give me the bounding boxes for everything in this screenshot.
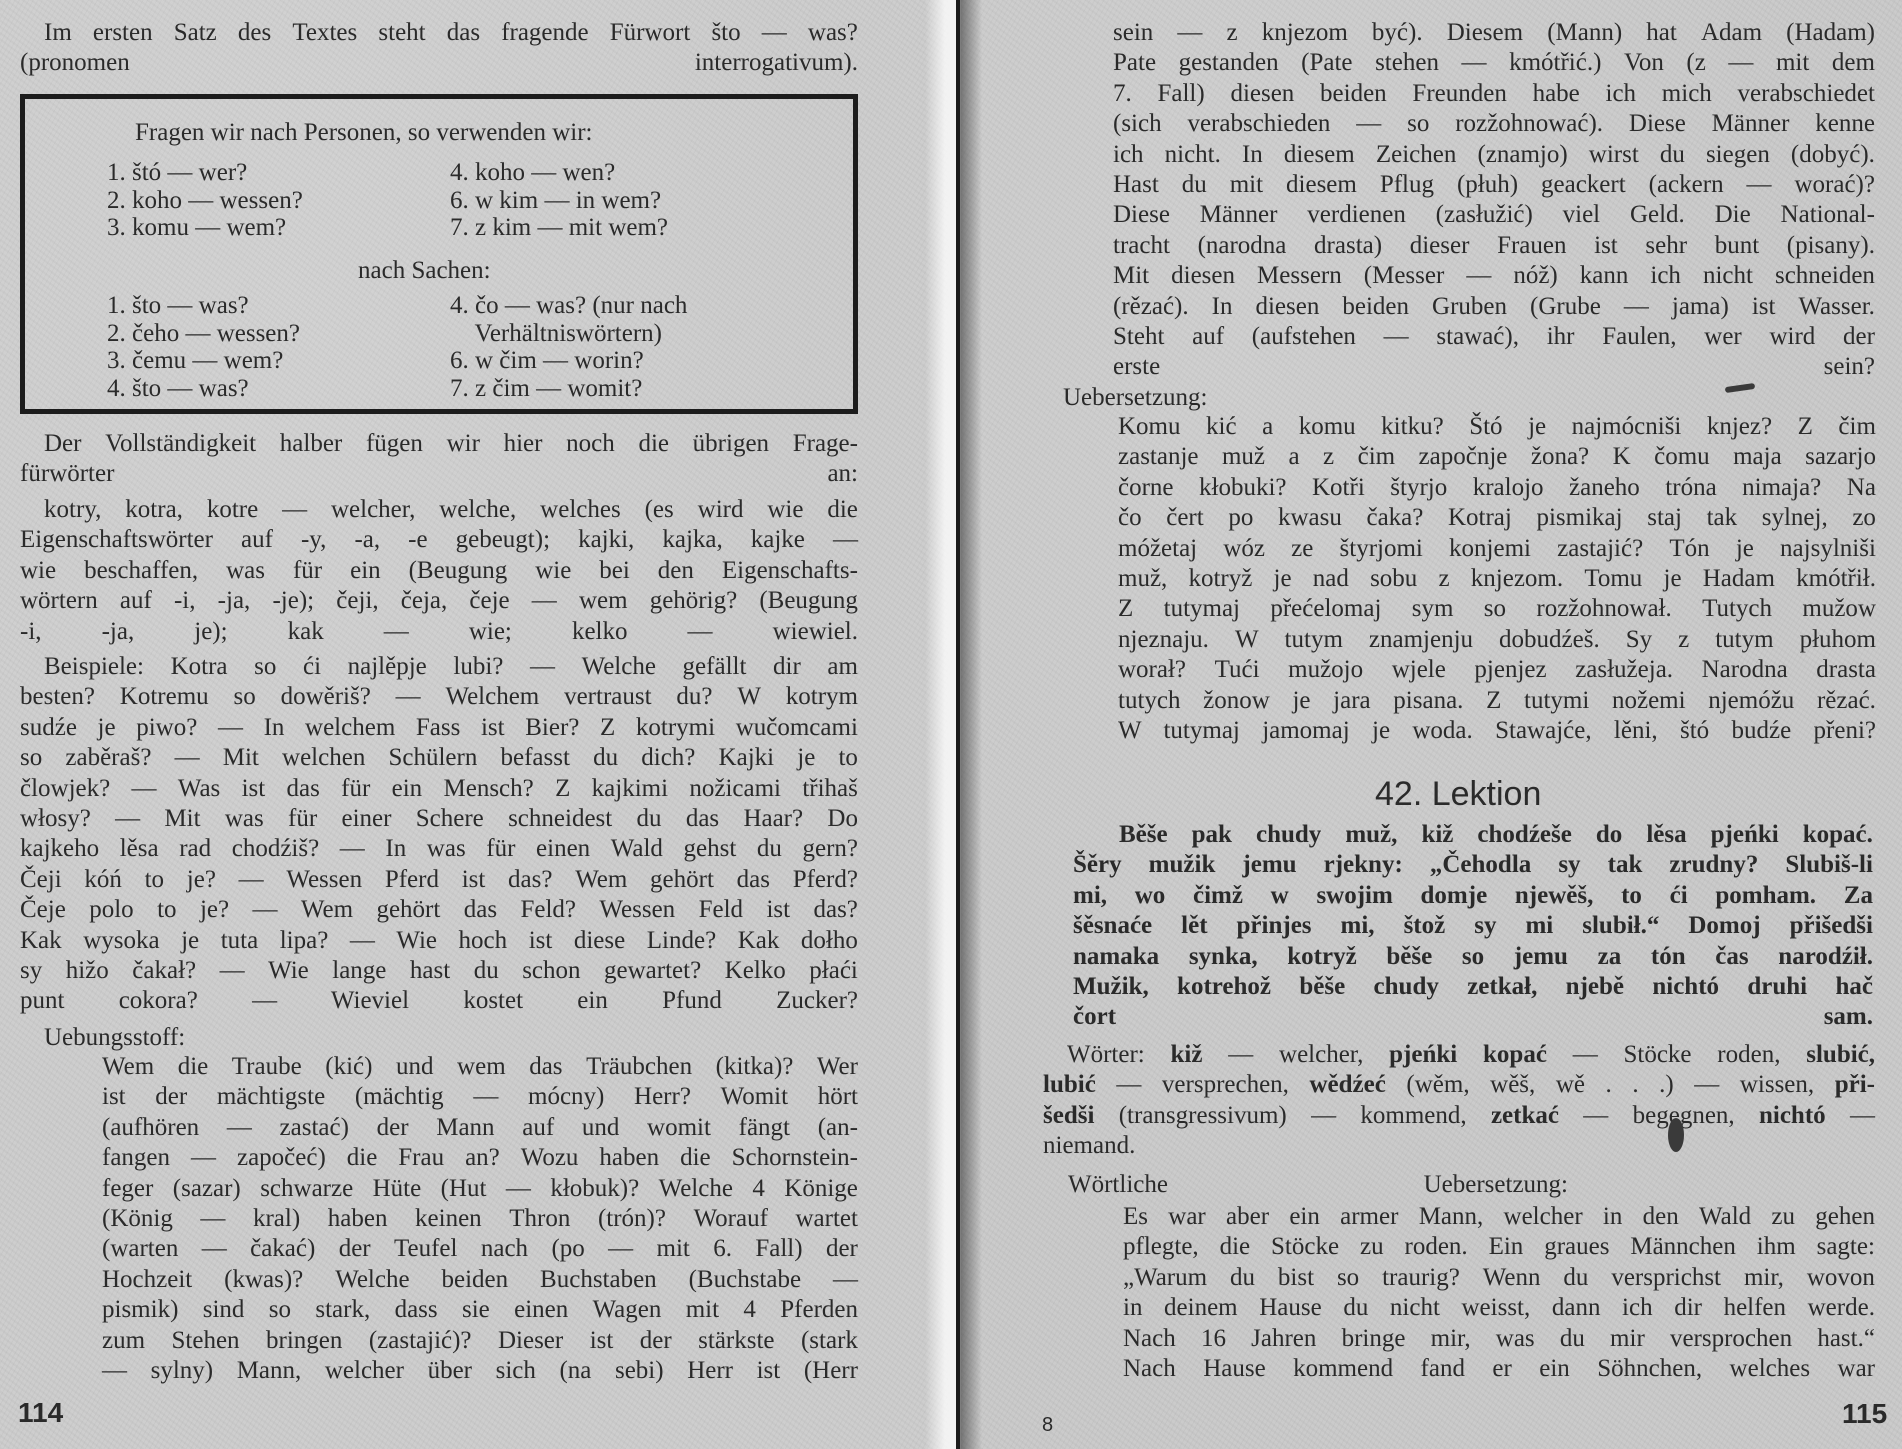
text-line: (rězać).IndiesenbeidenGruben(Grube—jama)… [1113, 292, 1875, 322]
text-line: Nach16Jahrenbringemir,wasdumirversproche… [1123, 1324, 1875, 1354]
text-line: Eigenschaftswörterauf-y,-a,-egebeugt);ka… [20, 525, 858, 555]
exercise-label: Uebungsstoff: [44, 1023, 444, 1053]
vocabulary-term: šedši [1043, 1102, 1094, 1129]
lesson-paragraph: Běšepakchudymuž,kižchodźešedolěsapjeńkik… [1073, 820, 1873, 1033]
vocabulary-term: při- [1835, 1071, 1875, 1098]
text-line: DieseMännerverdienen(zasłužić)vielGeld.D… [1113, 200, 1875, 230]
vocabulary-label: Wörter: [1067, 1041, 1171, 1068]
vocabulary-line: niemand. [1043, 1131, 1875, 1161]
pronoun-entry: 3. čemu — wem? [107, 347, 300, 375]
translation-label-text: Uebersetzung: [1063, 383, 1463, 413]
text-line: feger(sazar)schwarzeHüte(Hut—kłobuk)?Wel… [102, 1174, 858, 1204]
text-line: móžetajwózzeštyrjomikonjemizastajić?Tónj… [1118, 534, 1876, 564]
text-line: syhižočakał?—Wielangehastduschongewartet… [20, 956, 858, 986]
text-line: zastanjemužazčimzapočnježona?Kčomumajasa… [1118, 442, 1876, 472]
pronoun-entry: 1. što — was? [107, 292, 300, 320]
page-number-right: 115 [1842, 1398, 1887, 1430]
vocabulary-line: šedši (transgressivum) — kommend, zetkać… [1043, 1101, 1875, 1131]
pronoun-entry: 6. w kim — in wem? [450, 187, 668, 215]
pronoun-entry: 7. z kim — mit wem? [450, 214, 668, 242]
continuation-paragraph: sein—zknjezombyć).Diesem(Mann)hatAdam(Ha… [1113, 18, 1875, 383]
vocabulary-gloss: (transgressivum) — kommend, [1094, 1102, 1491, 1129]
text-line: besten?Kotremusodowěriš?—Welchemvertraus… [20, 682, 858, 712]
exercise-paragraph: WemdieTraube(kić)undwemdasTräubchen(kitk… [102, 1052, 858, 1386]
text-line: (warten—čakać)derTeufelnach(po—mit6.Fall… [102, 1234, 858, 1264]
text-line: Čejepolotoje?—WemgehörtdasFeld?WessenFel… [20, 895, 858, 925]
text-line: wörternauf-i,-ja,-je);čeji,čeja,čeje—wem… [20, 586, 858, 616]
text-line: ImerstenSatzdesTextesstehtdasfragendeFür… [20, 18, 858, 48]
text-line: —sylny)Mann,welcherübersich(nasebi)Herri… [102, 1356, 858, 1386]
vocabulary-term: pjeńki kopać [1389, 1041, 1547, 1068]
text-line: indeinemHausedunichtweisst,dannichdirhel… [1123, 1293, 1875, 1323]
vocabulary-term: kiž [1171, 1041, 1203, 1068]
things-title: nach Sachen: [358, 257, 491, 285]
text-line: DerVollständigkeithalberfügenwirhiernoch… [20, 429, 858, 459]
pronoun-entry: 6. w čim — worin? [450, 347, 687, 375]
text-line: namakasynka,kotryžběšesojemuzatónčasnaro… [1073, 942, 1873, 972]
text-line: (König—kral)habenkeinenThron(trón)?Worau… [102, 1204, 858, 1234]
examples-paragraph: Beispiele:Kotrasoćinajlěpjelubi?—Welcheg… [20, 652, 858, 1017]
text-line: HastdumitdiesemPflug(płuh)geackert(acker… [1113, 170, 1875, 200]
literal-label-text: Wörtliche Uebersetzung: [1068, 1170, 1568, 1200]
vocabulary-term: zetkać [1491, 1102, 1559, 1129]
text-line: „Warumdubistsotraurig?Wennduversprichstm… [1123, 1263, 1875, 1293]
text-line: Ztutymajpřećelomajsymsorozžohnował.Tutyc… [1118, 594, 1876, 624]
exercise-label-text: Uebungsstoff: [44, 1023, 444, 1053]
persons-left-column: 1. štó — wer?2. koho — wessen?3. komu — … [107, 159, 303, 242]
literal-translation-label: Wörtliche Uebersetzung: [1068, 1170, 1568, 1200]
text-line: 7.Fall)diesenbeidenFreundenhabeichmichve… [1113, 79, 1875, 109]
text-line: pflegte,dieStöckezuroden.EingrauesMännch… [1123, 1232, 1875, 1262]
text-line: šěsnaćelětpřinjesmi,štožsymislubił.“Domo… [1073, 911, 1873, 941]
pronoun-entry: 2. čeho — wessen? [107, 320, 300, 348]
text-line: sudźejepiwo?—InwelchemFassistBier?Zkotry… [20, 713, 858, 743]
text-line: kajkeholěsaradchodźiš?—InwasfüreinenWald… [20, 834, 858, 864]
text-line: NachHausekommendfandereinSöhnchen,welche… [1123, 1354, 1875, 1384]
completeness-paragraph: DerVollständigkeithalberfügenwirhiernoch… [20, 429, 858, 490]
vocabulary-gloss: — [1826, 1102, 1875, 1129]
text-line: muž,kotryžjenadsobuzknjezom.TomujeHadamk… [1118, 564, 1876, 594]
pronoun-entry: 3. komu — wem? [107, 214, 303, 242]
vocabulary-term: slubić, [1806, 1041, 1875, 1068]
translation-paragraph: Komukićakomukitku?Štójenajmócnišiknjez?Z… [1118, 412, 1876, 746]
text-line: člowjek?—WasistdasfüreinMensch?Zkajkimin… [20, 774, 858, 804]
text-line: włosy?—MitwasfüreinerSchereschneidestdud… [20, 804, 858, 834]
persons-title: Fragen wir nach Personen, so verwenden w… [135, 119, 593, 147]
text-line: sozaběraš?—MitwelchenSchülernbefasstdudi… [20, 743, 858, 773]
text-line: Stehtauf(aufstehen—stawać),ihrFaulen,wer… [1113, 322, 1875, 352]
text-line: Mužik,kotrehožběšechudyzetkał,njeběnicht… [1073, 972, 1873, 1002]
vocabulary-term: wědźeć [1310, 1071, 1386, 1098]
pronoun-entry: 7. z čim — womit? [450, 375, 687, 403]
text-line: mi,wočimžwswojimdomjenjewěš,toćipomham.Z… [1073, 881, 1873, 911]
text-line: Běšepakchudymuž,kižchodźešedolěsapjeńkik… [1073, 820, 1873, 850]
text-line: Beispiele:Kotrasoćinajlěpjelubi?—Welcheg… [20, 652, 858, 682]
intro-paragraph: ImerstenSatzdesTextesstehtdasfragendeFür… [20, 18, 858, 79]
text-line: čort sam. [1073, 1002, 1873, 1032]
vocabulary-line: lubić — versprechen, wědźeć (wěm, wěš, w… [1043, 1070, 1875, 1100]
text-line: erste sein? [1113, 352, 1875, 382]
text-line: wiebeschaffen,wasfürein(Beugungwiebeiden… [20, 556, 858, 586]
text-line: fürwörter an: [20, 459, 858, 489]
persons-right-column: 4. koho — wen?6. w kim — in wem?7. z kim… [450, 159, 668, 242]
pronoun-entry: 4. što — was? [107, 375, 300, 403]
text-line: Šěrymužikjemurjekny:„Čehodlasytakzrudny?… [1073, 850, 1873, 880]
text-line: njeznaju.Wtutymznamjenjudobudźeš.Syztuty… [1118, 625, 1876, 655]
interrogative-pronoun-table: Fragen wir nach Personen, so verwenden w… [20, 94, 858, 414]
text-line: zumStehenbringen(zastajić)?Dieseristders… [102, 1326, 858, 1356]
signature-mark: 8 [1042, 1414, 1053, 1437]
text-line: Komukićakomukitku?Štójenajmócnišiknjez?Z… [1118, 412, 1876, 442]
vocabulary-term: nichtó [1759, 1102, 1826, 1129]
gutter-shadow [960, 0, 982, 1449]
text-line: istdermächtigste(mächtig—mócny)Herr?Womi… [102, 1082, 858, 1112]
vocabulary-term: lubić [1043, 1071, 1096, 1098]
vocabulary-gloss: — welcher, [1202, 1041, 1389, 1068]
pronouns-paragraph: kotry,kotra,kotre—welcher,welche,welches… [20, 495, 858, 647]
text-line: čočertpokwasučaka?Kotrajpismikajstajtaks… [1118, 503, 1876, 533]
pronoun-entry: Verhältniswörtern) [450, 320, 687, 348]
vocabulary-gloss: — Stöcke roden, [1547, 1041, 1806, 1068]
text-line: Pategestanden(Patestehen—kmótřić.)Von(z—… [1113, 48, 1875, 78]
text-line: Kakwysokajetutalipa?—WiehochistdieseLind… [20, 926, 858, 956]
page-number-left: 114 [18, 1397, 63, 1429]
text-line: W tutymaj jamomaj je woda. Stawajće, lěn… [1118, 716, 1876, 746]
translation-label: Uebersetzung: [1063, 383, 1463, 413]
pronoun-entry: 1. štó — wer? [107, 159, 303, 187]
text-line: pismik)sindsostark,dasssieeinenWagenmit4… [102, 1295, 858, 1325]
text-line: worał?Tućimužojowjelepjenjezzasłužeja.Na… [1118, 655, 1876, 685]
pronoun-entry: 4. čo — was? (nur nach [450, 292, 687, 320]
text-line: tutychžonowjejarapisana.Ztutyminožeminje… [1118, 686, 1876, 716]
text-line: Čejikóńtoje?—WessenPferdistdas?Wemgehört… [20, 865, 858, 895]
things-right-column: 4. čo — was? (nur nach Verhältniswörtern… [450, 292, 687, 402]
text-line: kotry,kotra,kotre—welcher,welche,welches… [20, 495, 858, 525]
text-line: sein—zknjezombyć).Diesem(Mann)hatAdam(Ha… [1113, 18, 1875, 48]
text-line: ichnicht.IndiesemZeichen(znamjo)wirstdus… [1113, 140, 1875, 170]
text-line: WemdieTraube(kić)undwemdasTräubchen(kitk… [102, 1052, 858, 1082]
text-line: punt cokora? — Wieviel kostet ein Pfund … [20, 986, 858, 1016]
text-line: (pronomen interrogativum). [20, 48, 858, 78]
text-line: EswarabereinarmerMann,welcherindenWaldzu… [1123, 1202, 1875, 1232]
text-line: MitdiesenMessern(Messer—nóž)kannichnicht… [1113, 261, 1875, 291]
ink-stain [1668, 1118, 1684, 1152]
vocabulary-gloss: — begegnen, [1559, 1102, 1759, 1129]
text-line: (aufhören—zastać)derMannaufundwomitfängt… [102, 1113, 858, 1143]
literal-translation-paragraph: EswarabereinarmerMann,welcherindenWaldzu… [1123, 1202, 1875, 1384]
text-line: Hochzeit(kwas)?WelchebeidenBuchstaben(Bu… [102, 1265, 858, 1295]
pronoun-entry: 4. koho — wen? [450, 159, 668, 187]
text-line: tracht(narodnadrasta)dieserFrauenistsehr… [1113, 231, 1875, 261]
lesson-heading: 42. Lektion [1375, 775, 1541, 814]
vocabulary-gloss: niemand. [1043, 1132, 1135, 1159]
text-line: čornekłobuki?Kotřištyrjokralojožanehotró… [1118, 473, 1876, 503]
vocabulary-gloss: (wěm, wěš, wě . . .) — wissen, [1386, 1071, 1835, 1098]
things-left-column: 1. što — was?2. čeho — wessen?3. čemu — … [107, 292, 300, 402]
text-line: -i, -ja, je); kak — wie; kelko — wiewiel… [20, 617, 858, 647]
text-line: (sichverabschieden—sorozžohnować).DieseM… [1113, 109, 1875, 139]
pronoun-entry: 2. koho — wessen? [107, 187, 303, 215]
vocabulary-line: Wörter: kiž — welcher, pjeńki kopać — St… [1043, 1040, 1875, 1070]
vocabulary-gloss: — versprechen, [1096, 1071, 1310, 1098]
vocabulary-paragraph: Wörter: kiž — welcher, pjeńki kopać — St… [1043, 1040, 1875, 1162]
text-line: fangen—započeć)dieFrauan?WozuhabendieSch… [102, 1143, 858, 1173]
